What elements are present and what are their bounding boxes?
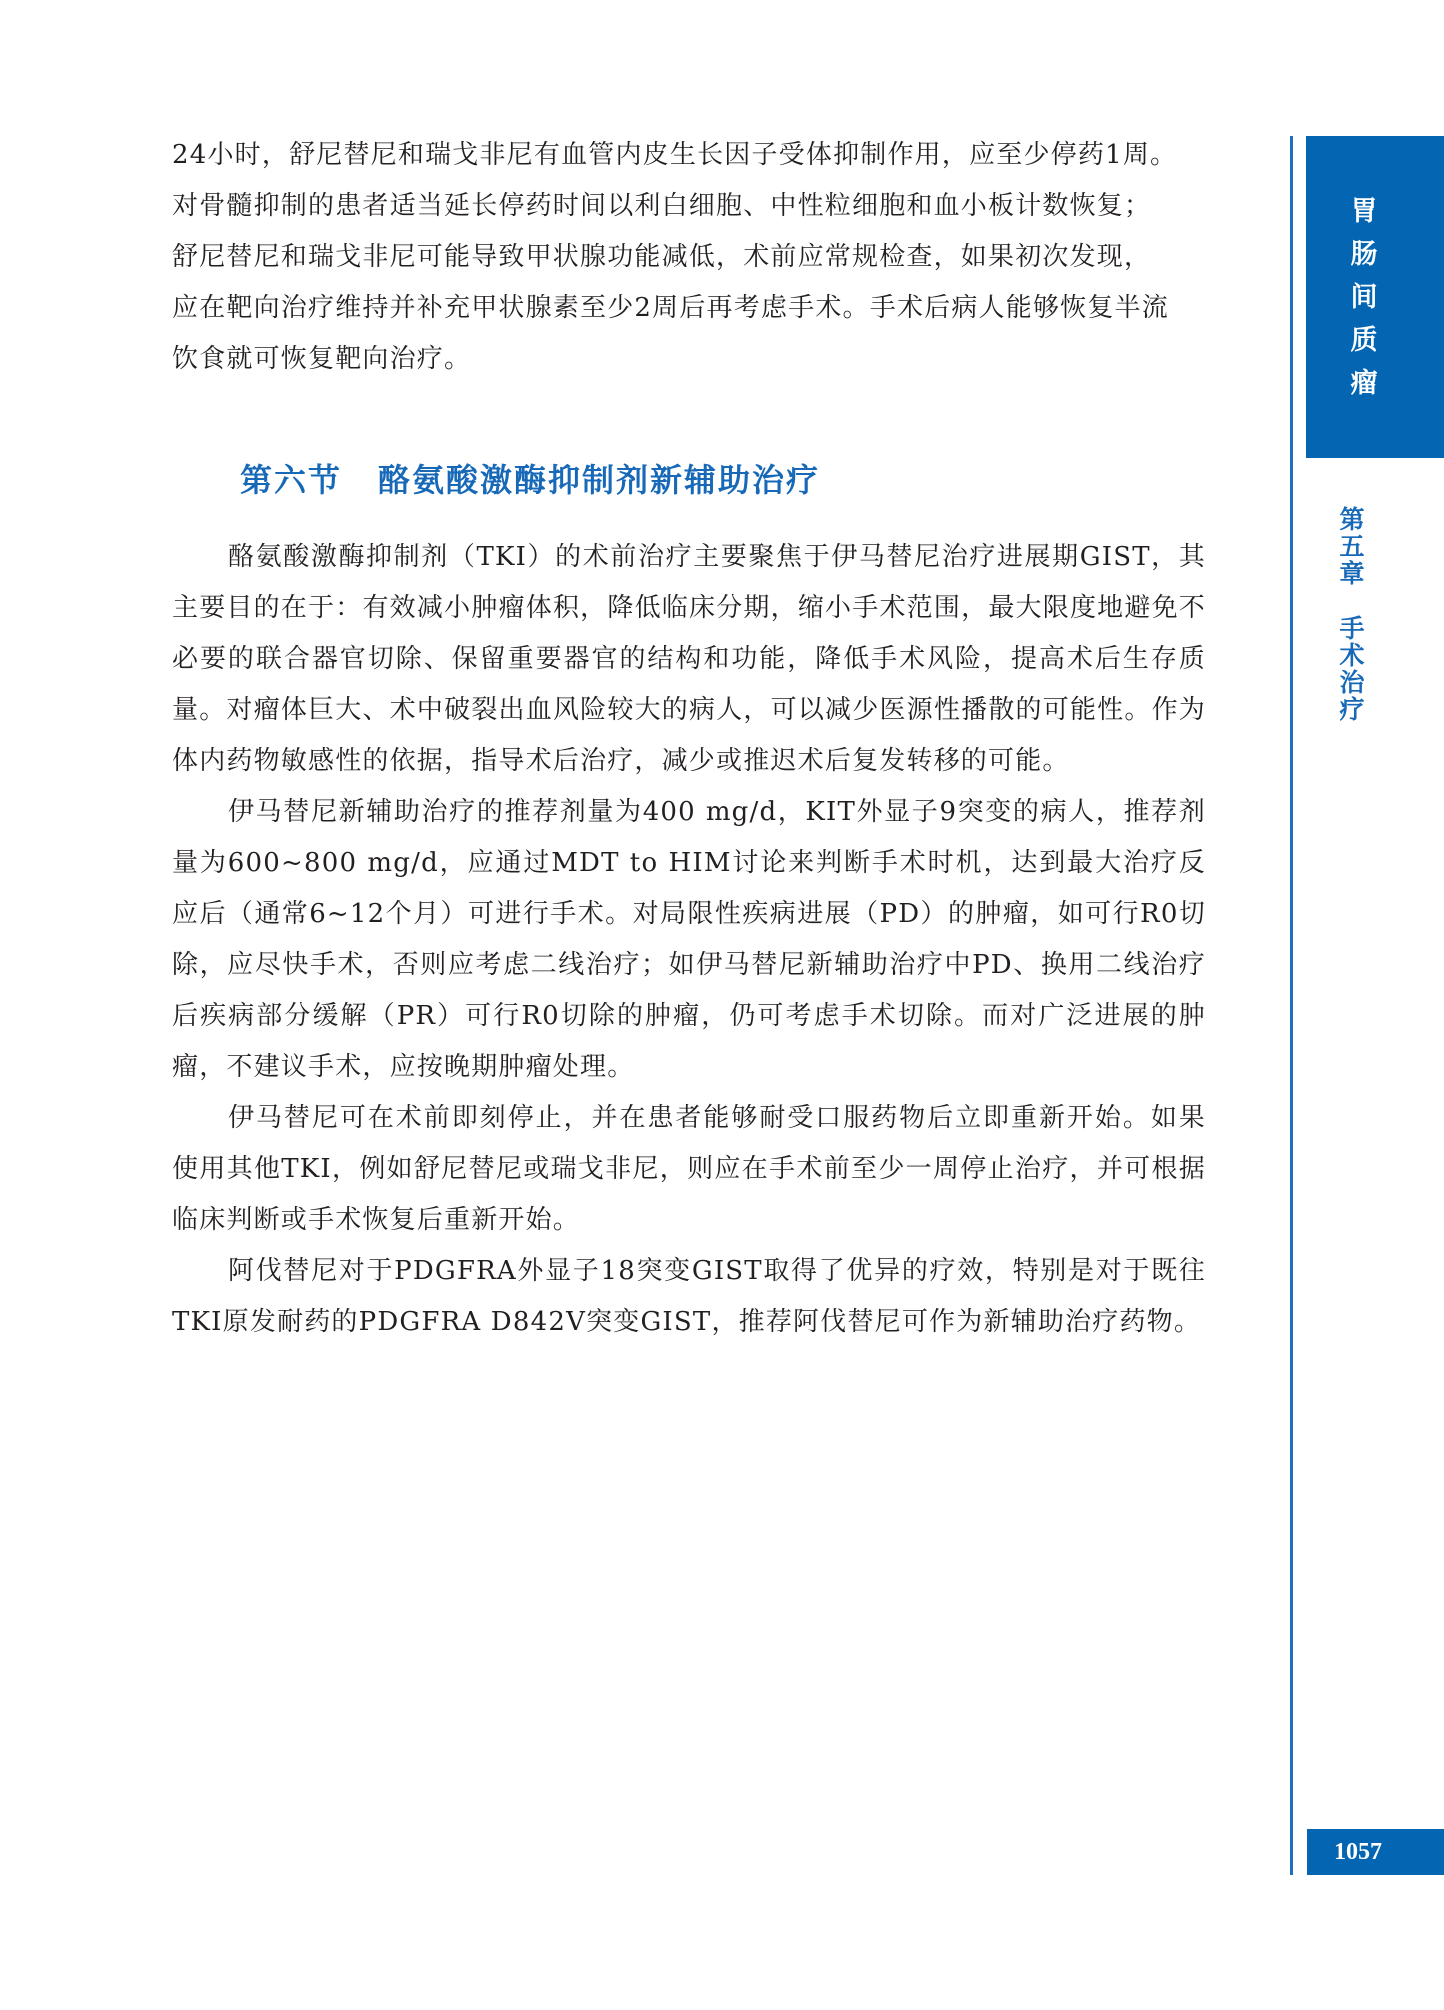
book-title-tab: 胃 肠 间 质 瘤 xyxy=(1306,136,1444,458)
chapter-title-char: 手 xyxy=(1339,615,1364,642)
chapter-label: 第 五 章 手 术 治 疗 xyxy=(1332,506,1372,723)
book-title-char: 胃 xyxy=(1351,190,1378,233)
section-heading: 第六节酪氨酸激酶抑制剂新辅助治疗 xyxy=(240,455,820,501)
chapter-title-char: 术 xyxy=(1339,642,1364,669)
text-line: 舒尼替尼和瑞戈非尼可能导致甲状腺功能减低，术前应常规检查，如果初次发现， xyxy=(172,232,1206,283)
text-line: 应在靶向治疗维持并补充甲状腺素至少2周后再考虑手术。手术后病人能够恢复半流 xyxy=(172,283,1206,334)
book-title-char: 瘤 xyxy=(1351,362,1378,405)
paragraph: 酪氨酸激酶抑制剂（TKI）的术前治疗主要聚焦于伊马替尼治疗进展期GIST，其主要… xyxy=(172,532,1206,787)
section-body: 酪氨酸激酶抑制剂（TKI）的术前治疗主要聚焦于伊马替尼治疗进展期GIST，其主要… xyxy=(172,532,1206,1348)
book-title-char: 质 xyxy=(1351,319,1378,362)
book-title-char: 肠 xyxy=(1351,233,1378,276)
page-number: 1057 xyxy=(1307,1829,1444,1875)
section-number: 第六节 xyxy=(240,461,342,499)
text-line: 24小时，舒尼替尼和瑞戈非尼有血管内皮生长因子受体抑制作用，应至少停药1周。 xyxy=(172,130,1206,181)
text-line: 对骨髓抑制的患者适当延长停药时间以利白细胞、中性粒细胞和血小板计数恢复； xyxy=(172,181,1206,232)
section-title: 酪氨酸激酶抑制剂新辅助治疗 xyxy=(378,461,820,499)
paragraph: 阿伐替尼对于PDGFRA外显子18突变GIST取得了优异的疗效，特别是对于既往T… xyxy=(172,1246,1206,1348)
text-line: 饮食就可恢复靶向治疗。 xyxy=(172,334,1206,385)
chapter-char: 章 xyxy=(1339,560,1364,587)
continued-paragraph: 24小时，舒尼替尼和瑞戈非尼有血管内皮生长因子受体抑制作用，应至少停药1周。 对… xyxy=(172,130,1206,385)
margin-rule xyxy=(1290,136,1293,1875)
chapter-title-char: 疗 xyxy=(1339,696,1364,723)
book-title-char: 间 xyxy=(1351,276,1378,319)
paragraph: 伊马替尼可在术前即刻停止，并在患者能够耐受口服药物后立即重新开始。如果使用其他T… xyxy=(172,1093,1206,1246)
paragraph: 伊马替尼新辅助治疗的推荐剂量为400 mg/d，KIT外显子9突变的病人，推荐剂… xyxy=(172,787,1206,1093)
chapter-char: 五 xyxy=(1339,533,1364,560)
chapter-char: 第 xyxy=(1339,506,1364,533)
chapter-title-char: 治 xyxy=(1339,669,1364,696)
